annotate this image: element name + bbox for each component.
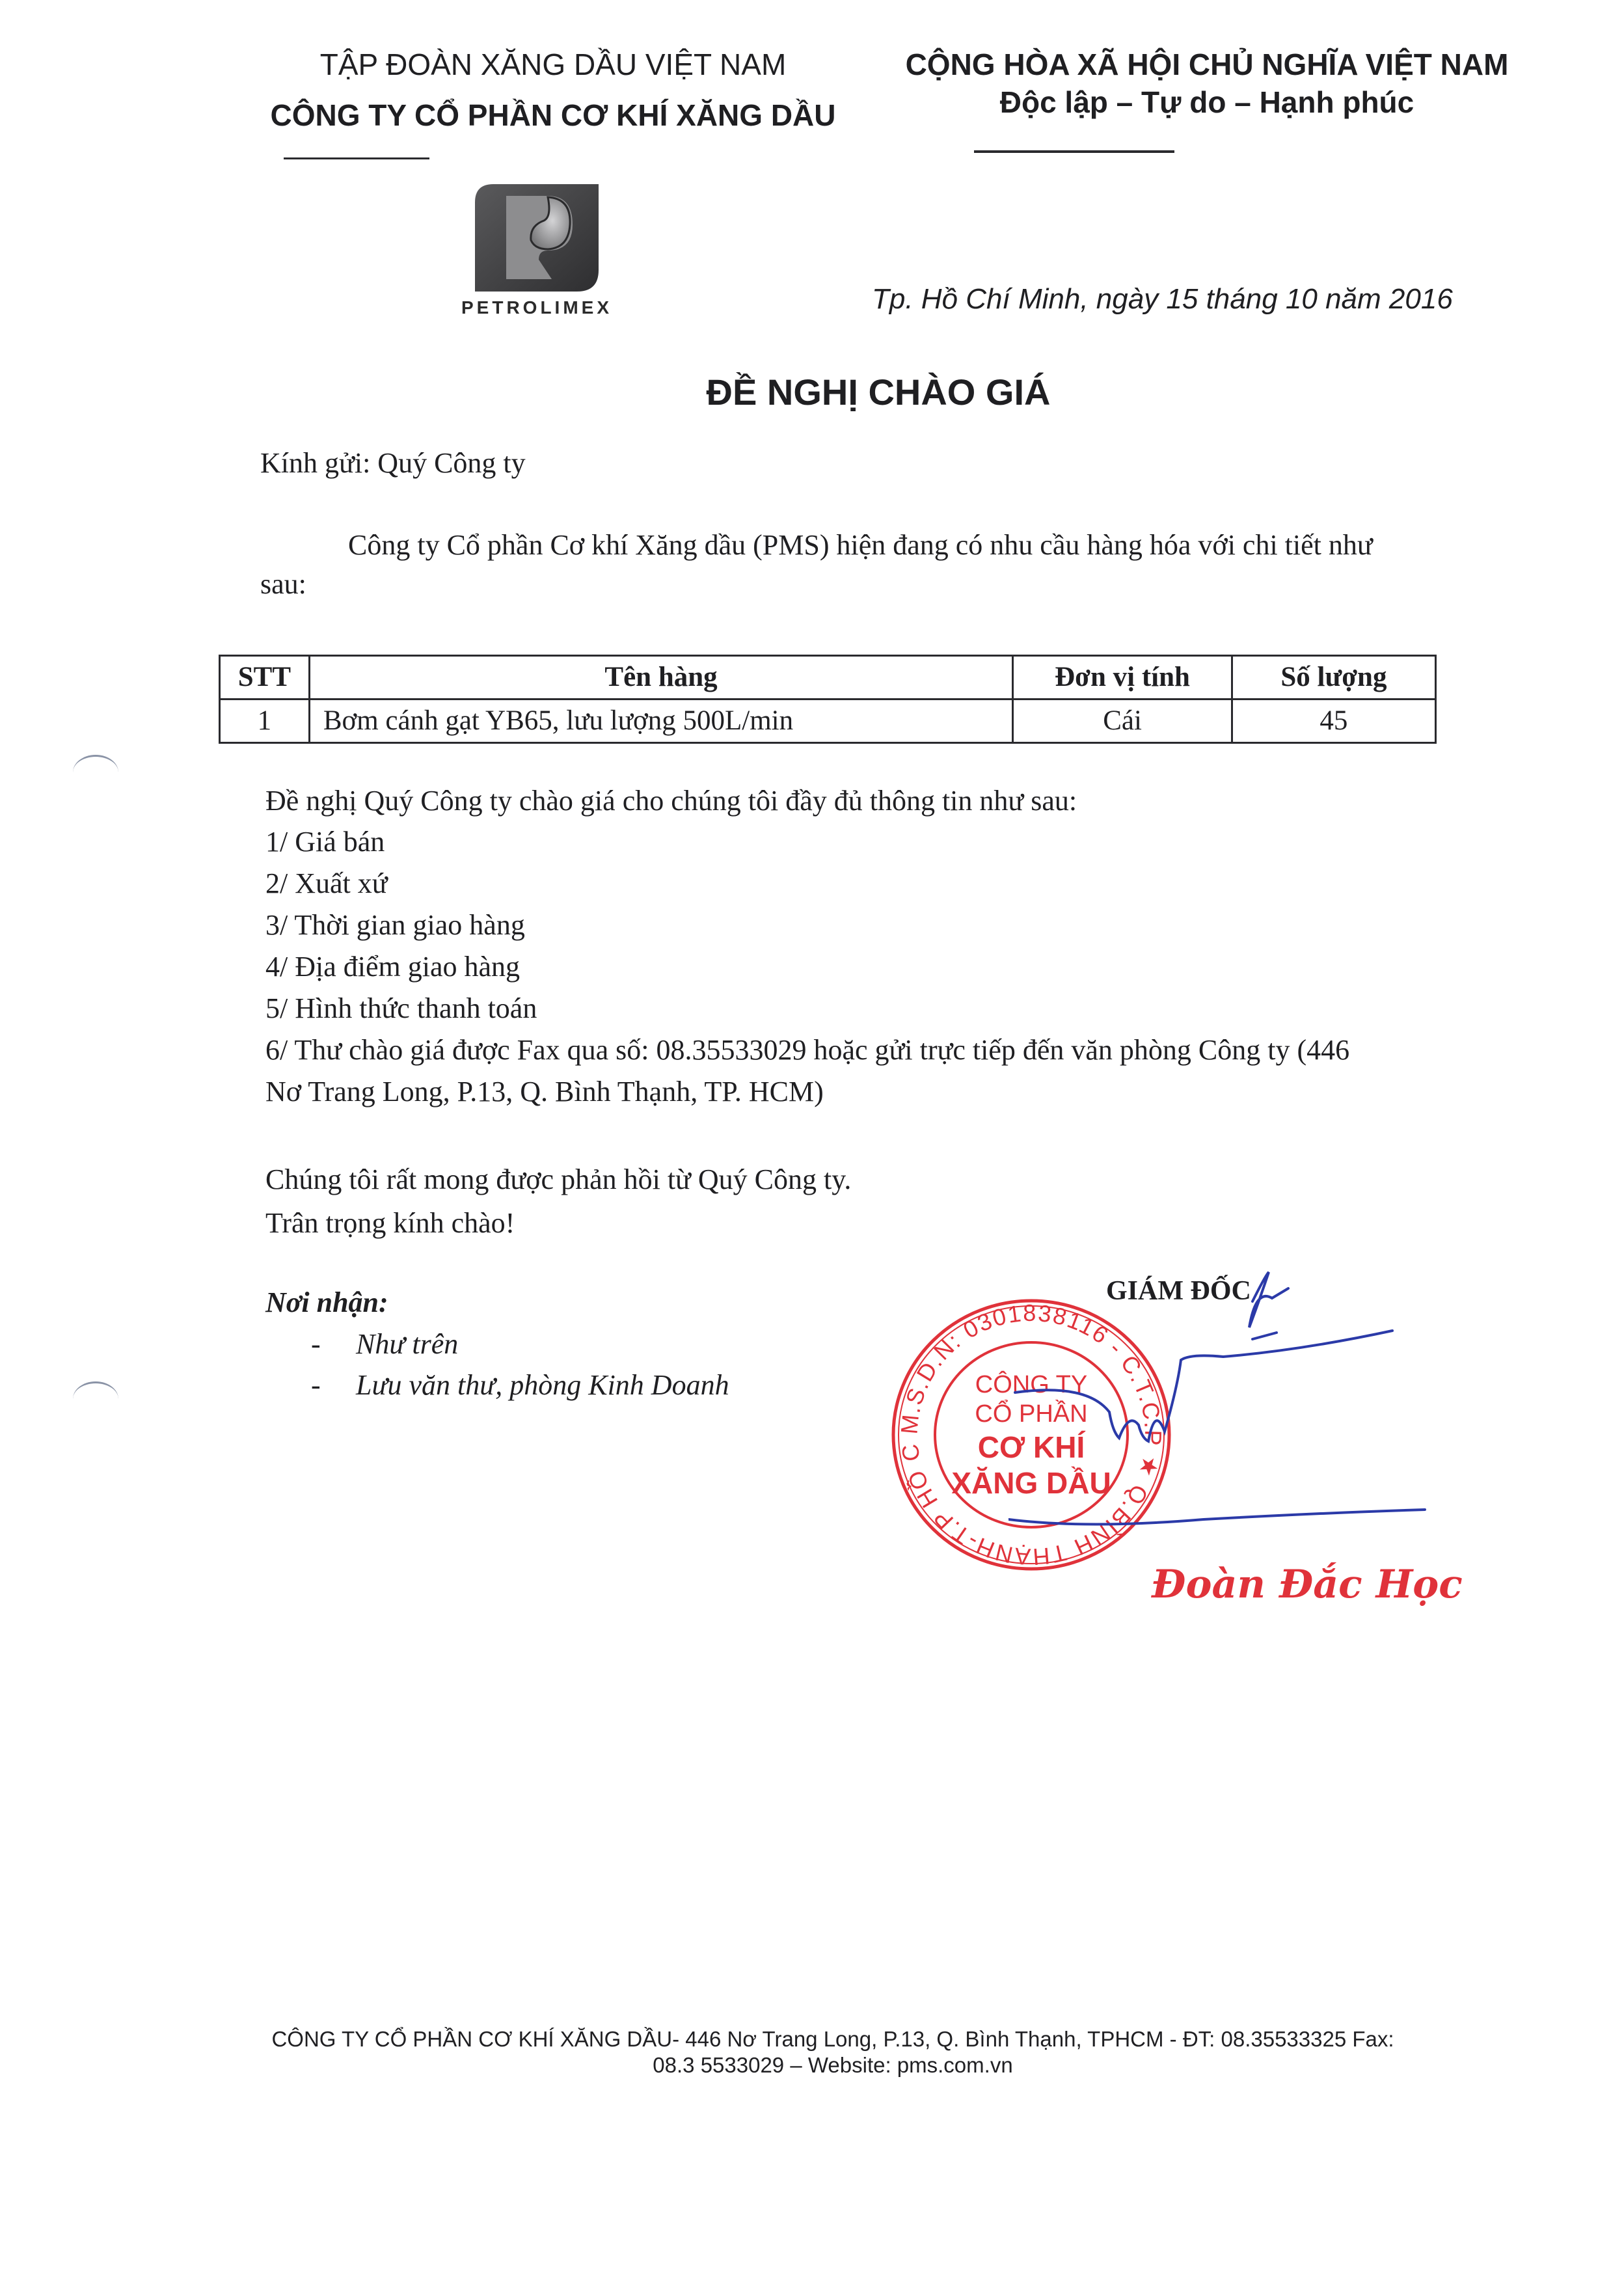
footer-contact: 08.3 5533029 – Website: pms.com.vn [195,2053,1470,2078]
bullet-dash: - [311,1327,321,1361]
document-date: Tp. Hồ Chí Minh, ngày 15 tháng 10 năm 20… [872,283,1453,316]
list-item: 6/ Thư chào giá được Fax qua số: 08.3553… [265,1033,1349,1067]
list-item: 5/ Hình thức thanh toán [265,992,537,1025]
recipient-item: Lưu văn thư, phòng Kinh Doanh [356,1368,729,1402]
signature-icon [1008,1262,1464,1549]
intro-paragraph: Công ty Cổ phần Cơ khí Xăng dầu (PMS) hi… [348,528,1373,562]
cell-stt: 1 [220,700,310,743]
header-right-divider [974,150,1174,153]
request-intro: Đề nghị Quý Công ty chào giá cho chúng t… [265,784,1077,817]
footer-address: CÔNG TY CỔ PHẦN CƠ KHÍ XĂNG DẦU- 446 Nơ … [195,2027,1470,2052]
header-quantity: Số lượng [1232,656,1435,700]
table-header-row: STT Tên hàng Đơn vị tính Số lượng [220,656,1436,700]
header-stt: STT [220,656,310,700]
punch-hole-mark [73,755,118,772]
salutation: Kính gửi: Quý Công ty [260,446,526,480]
header-unit: Đơn vị tính [1013,656,1232,700]
signatory-name: Đoàn Đắc Học [1152,1562,1463,1607]
list-item-continuation: Nơ Trang Long, P.13, Q. Bình Thạnh, TP. … [265,1075,824,1108]
list-item: 3/ Thời gian giao hàng [265,908,525,942]
closing-line: Chúng tôi rất mong được phản hồi từ Quý … [265,1163,851,1196]
logo-wordmark: PETROLIMEX [429,297,644,318]
list-item: 1/ Giá bán [265,825,385,858]
items-table: STT Tên hàng Đơn vị tính Số lượng 1 Bơm … [219,655,1437,744]
national-motto: Độc lập – Tự do – Hạnh phúc [846,85,1568,120]
cell-item-name: Bơm cánh gạt YB65, lưu lượng 500L/min [309,700,1012,743]
parent-organization: TẬP ĐOÀN XĂNG DẦU VIỆT NAM [195,47,911,82]
cell-unit: Cái [1013,700,1232,743]
company-name: CÔNG TY CỔ PHẦN CƠ KHÍ XĂNG DẦU [195,98,911,133]
closing-greeting: Trân trọng kính chào! [265,1206,515,1240]
document-title: ĐỀ NGHỊ CHÀO GIÁ [651,371,1106,413]
recipients-label: Nơi nhận: [265,1286,388,1319]
cell-quantity: 45 [1232,700,1435,743]
bullet-dash: - [311,1368,321,1402]
header-left-divider [284,157,429,159]
header-item-name: Tên hàng [309,656,1012,700]
list-item: 2/ Xuất xứ [265,867,388,900]
recipient-item: Như trên [356,1327,458,1361]
table-row: 1 Bơm cánh gạt YB65, lưu lượng 500L/min … [220,700,1436,743]
list-item: 4/ Địa điểm giao hàng [265,950,520,983]
intro-paragraph-continuation: sau: [260,567,306,601]
national-title: CỘNG HÒA XÃ HỘI CHỦ NGHĨA VIỆT NAM [846,47,1568,82]
punch-hole-mark [73,1381,118,1399]
petrolimex-logo-icon [475,184,599,292]
